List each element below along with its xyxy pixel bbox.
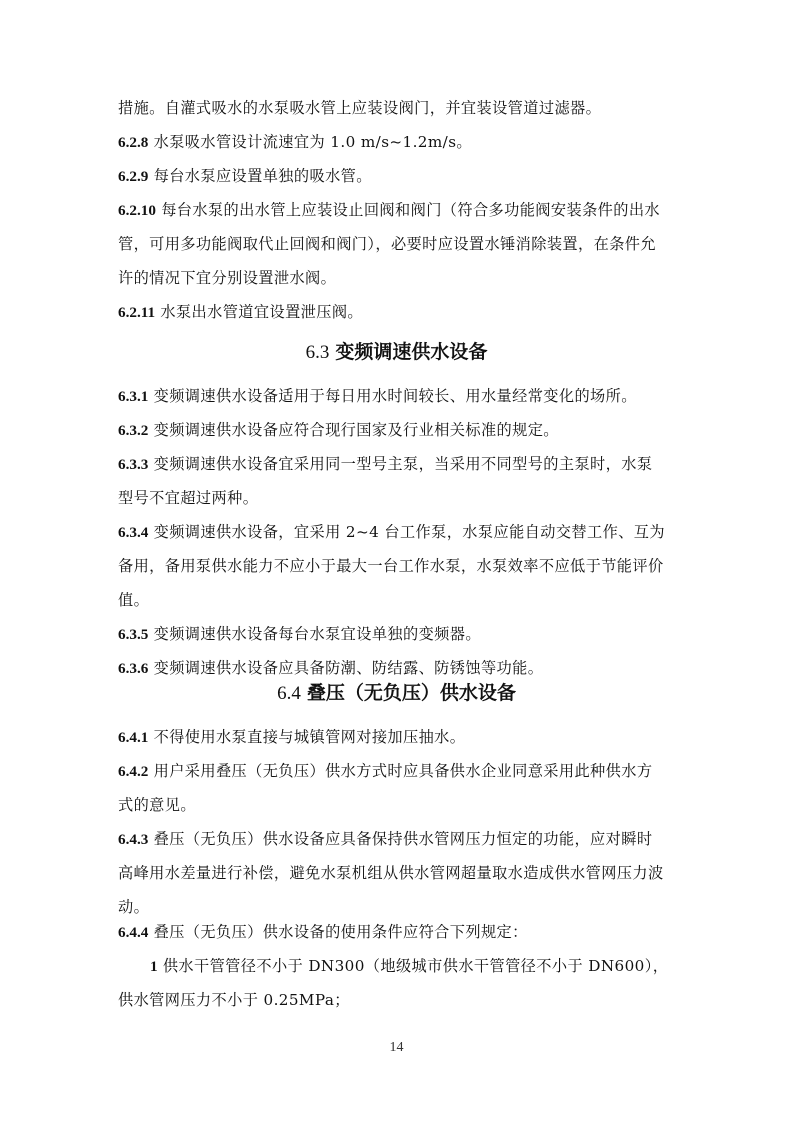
clause-number: 6.4.3 [118,831,148,848]
line-text: 供水管网压力不小于 0.25MPa； [118,991,350,1009]
paragraph-line: 供水管网压力不小于 0.25MPa； [118,990,678,1010]
clause-6-3-1: 6.3.1 变频调速供水设备适用于每日用水时间较长、用水量经常变化的场所。 [118,386,678,407]
line-text: 高峰用水差量进行补偿，避免水泵机组从供水管网超量取水造成供水管网压力波 [118,864,664,882]
clause-6-2-10: 6.2.10 每台水泵的出水管上应装设止回阀和阀门（符合多功能阀安装条件的出水 [118,200,678,221]
line-text: 动。 [118,898,149,916]
clause-text: 变频调速供水设备，宜采用 2~4 台工作泵，水泵应能自动交替工作、互为 [154,523,665,541]
section-number: 6.3 [306,342,330,363]
line-text: 备用，备用泵供水能力不应小于最大一台工作水泵，水泵效率不应低于节能评价 [118,557,664,575]
clause-number: 6.2.11 [118,304,155,321]
clause-number: 6.4.1 [118,729,148,746]
clause-6-2-11: 6.2.11 水泵出水管道宜设置泄压阀。 [118,302,678,323]
section-title: 变频调速供水设备 [335,341,487,363]
clause-text: 叠压（无负压）供水设备应具备保持供水管网压力恒定的功能，应对瞬时 [154,830,653,848]
paragraph-line: 管，可用多功能阀取代止回阀和阀门），必要时应设置水锤消除装置，在条件允 [118,234,678,254]
clause-number: 6.3.5 [118,626,148,643]
clause-text: 水泵吸水管设计流速宜为 1.0 m/s~1.2m/s。 [154,133,472,151]
list-text: 供水干管管径不小于 DN300（地级城市供水干管管径不小于 DN600）， [163,957,668,975]
paragraph-line: 许的情况下宜分别设置泄水阀。 [118,268,678,288]
paragraph-line: 备用，备用泵供水能力不应小于最大一台工作水泵，水泵效率不应低于节能评价 [118,556,678,576]
document-page: 措施。自灌式吸水的水泵吸水管上应装设阀门，并宜装设管道过滤器。 6.2.8 水泵… [0,0,793,1122]
list-number: 1 [150,958,158,975]
clause-text: 用户采用叠压（无负压）供水方式时应具备供水企业同意采用此种供水方 [154,762,653,780]
clause-text: 不得使用水泵直接与城镇管网对接加压抽水。 [154,728,466,746]
section-title: 叠压（无负压）供水设备 [307,682,516,704]
clause-text: 变频调速供水设备适用于每日用水时间较长、用水量经常变化的场所。 [154,387,637,405]
clause-6-3-5: 6.3.5 变频调速供水设备每台水泵宜设单独的变频器。 [118,624,678,645]
clause-text: 水泵出水管道宜设置泄压阀。 [160,303,363,321]
line-text: 型号不宜超过两种。 [118,489,258,507]
clause-number: 6.4.4 [118,924,148,941]
paragraph-line: 动。 [118,897,678,917]
section-heading-6-4: 6.4 叠压（无负压）供水设备 [0,681,793,706]
clause-number: 6.3.1 [118,388,148,405]
clause-text: 每台水泵的出水管上应装设止回阀和阀门（符合多功能阀安装条件的出水 [161,201,660,219]
line-text: 措施。自灌式吸水的水泵吸水管上应装设阀门，并宜装设管道过滤器。 [118,99,601,117]
section-number: 6.4 [277,683,301,704]
clause-text: 变频调速供水设备应具备防潮、防结露、防锈蚀等功能。 [154,659,544,677]
clause-number: 6.4.2 [118,763,148,780]
clause-6-2-8: 6.2.8 水泵吸水管设计流速宜为 1.0 m/s~1.2m/s。 [118,132,678,153]
clause-6-3-4: 6.3.4 变频调速供水设备，宜采用 2~4 台工作泵，水泵应能自动交替工作、互… [118,522,678,543]
list-item-1: 1 供水干管管径不小于 DN300（地级城市供水干管管径不小于 DN600）， [150,956,710,977]
clause-6-4-2: 6.4.2 用户采用叠压（无负压）供水方式时应具备供水企业同意采用此种供水方 [118,761,678,782]
clause-6-3-3: 6.3.3 变频调速供水设备宜采用同一型号主泵，当采用不同型号的主泵时，水泵 [118,454,678,475]
clause-text: 变频调速供水设备应符合现行国家及行业相关标准的规定。 [154,421,559,439]
clause-text: 变频调速供水设备宜采用同一型号主泵，当采用不同型号的主泵时，水泵 [154,455,653,473]
clause-text: 变频调速供水设备每台水泵宜设单独的变频器。 [154,625,481,643]
clause-6-3-2: 6.3.2 变频调速供水设备应符合现行国家及行业相关标准的规定。 [118,420,678,441]
clause-number: 6.2.9 [118,168,148,185]
clause-number: 6.3.6 [118,660,148,677]
clause-number: 6.3.2 [118,422,148,439]
clause-number: 6.2.8 [118,134,148,151]
paragraph-line: 值。 [118,590,678,610]
section-heading-6-3: 6.3 变频调速供水设备 [0,340,793,365]
clause-number: 6.3.3 [118,456,148,473]
page-number: 14 [0,1040,793,1056]
line-text: 值。 [118,591,149,609]
paragraph-line: 措施。自灌式吸水的水泵吸水管上应装设阀门，并宜装设管道过滤器。 [118,98,678,118]
clause-number: 6.3.4 [118,524,148,541]
line-text: 式的意见。 [118,796,196,814]
clause-6-2-9: 6.2.9 每台水泵应设置单独的吸水管。 [118,166,678,187]
clause-6-4-3: 6.4.3 叠压（无负压）供水设备应具备保持供水管网压力恒定的功能，应对瞬时 [118,829,678,850]
clause-number: 6.2.10 [118,202,156,219]
line-text: 许的情况下宜分别设置泄水阀。 [118,269,336,287]
clause-6-4-1: 6.4.1 不得使用水泵直接与城镇管网对接加压抽水。 [118,727,678,748]
paragraph-line: 高峰用水差量进行补偿，避免水泵机组从供水管网超量取水造成供水管网压力波 [118,863,678,883]
clause-6-4-4: 6.4.4 叠压（无负压）供水设备的使用条件应符合下列规定： [118,922,678,943]
clause-text: 叠压（无负压）供水设备的使用条件应符合下列规定： [154,923,528,941]
paragraph-line: 型号不宜超过两种。 [118,488,678,508]
clause-text: 每台水泵应设置单独的吸水管。 [154,167,372,185]
line-text: 管，可用多功能阀取代止回阀和阀门），必要时应设置水锤消除装置，在条件允 [118,235,656,253]
paragraph-line: 式的意见。 [118,795,678,815]
clause-6-3-6: 6.3.6 变频调速供水设备应具备防潮、防结露、防锈蚀等功能。 [118,658,678,679]
